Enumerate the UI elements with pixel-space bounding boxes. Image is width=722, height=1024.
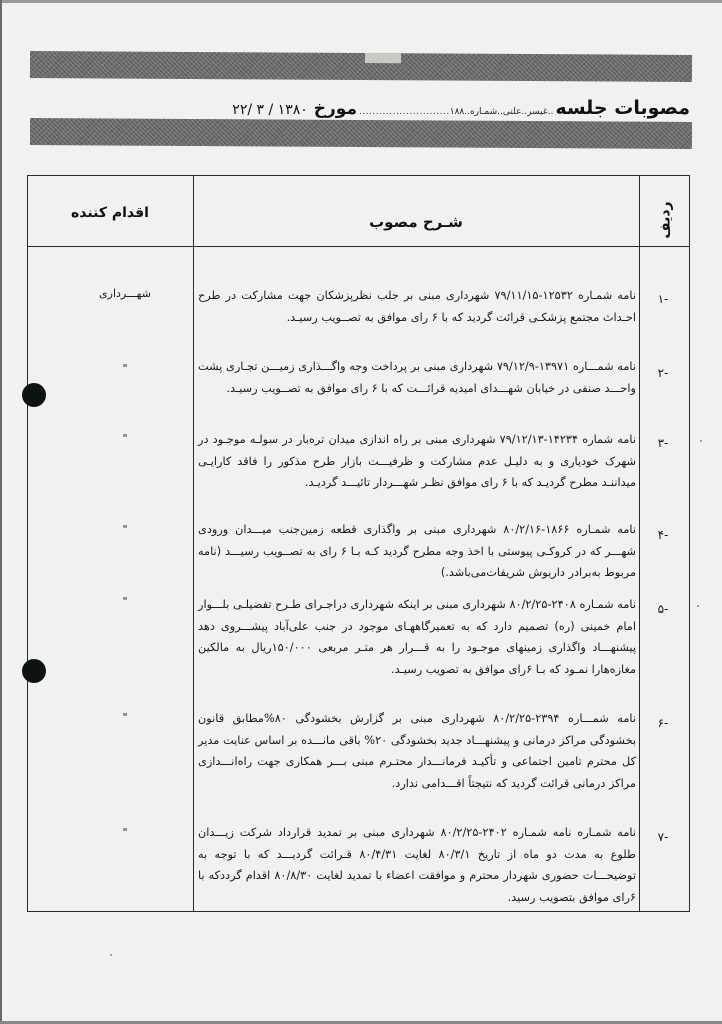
row-number: -۱ <box>643 292 683 306</box>
table-row-text: نامه شمـاره ۱۸۶۶-۸۰/۲/۱۶ شهرداری مبنی بر… <box>198 519 636 584</box>
scan-speck <box>700 440 702 442</box>
row-number: -۷ <box>643 830 683 844</box>
row-number: -۴ <box>643 528 683 542</box>
punch-hole <box>22 659 46 683</box>
punch-hole <box>22 383 46 407</box>
row-actor: " <box>60 523 190 536</box>
table-row-text: نامه شمـاره ۲۴۰۸-۸۰/۲/۲۵ شهرداری مبنی بر… <box>198 594 636 680</box>
row-number: -۶ <box>643 716 683 730</box>
row-number: -۲ <box>643 366 683 380</box>
row-actor: " <box>60 362 190 375</box>
table-row-text: نامه شمـــاره ۲۳۹۴-۸۰/۲/۲۵ شهرداری مبنی … <box>198 708 636 794</box>
row-actor: شهـــرداری <box>60 287 190 300</box>
table-row-text: نامه شمـاره نامه شمـاره ۲۴۰۲-۸۰/۲/۲۵ شهر… <box>198 822 636 908</box>
table-body: -۱ شهـــرداری نامه شمـاره ۱۲۵۳۲-۷۹/۱۱/۱۵… <box>0 0 722 1024</box>
row-number: -۵ <box>643 602 683 616</box>
row-actor: " <box>60 432 190 445</box>
table-row-text: نامه شمـاره ۱۲۵۳۲-۷۹/۱۱/۱۵ شهرداری مبنی … <box>198 285 636 328</box>
scan-speck <box>102 64 104 66</box>
row-actor: " <box>60 711 190 724</box>
row-actor: " <box>60 595 190 608</box>
row-number: -۳ <box>643 436 683 450</box>
scan-speck <box>697 605 699 607</box>
table-row-text: نامه شماره ۱۴۲۳۴-۷۹/۱۲/۱۳ شهرداری مبنی ب… <box>198 429 636 494</box>
row-actor: " <box>60 826 190 839</box>
scan-speck <box>110 954 112 956</box>
table-row-text: نامه شمـــاره ۱۳۹۷۱-۷۹/۱۲/۹ شهرداری مبنی… <box>198 356 636 399</box>
